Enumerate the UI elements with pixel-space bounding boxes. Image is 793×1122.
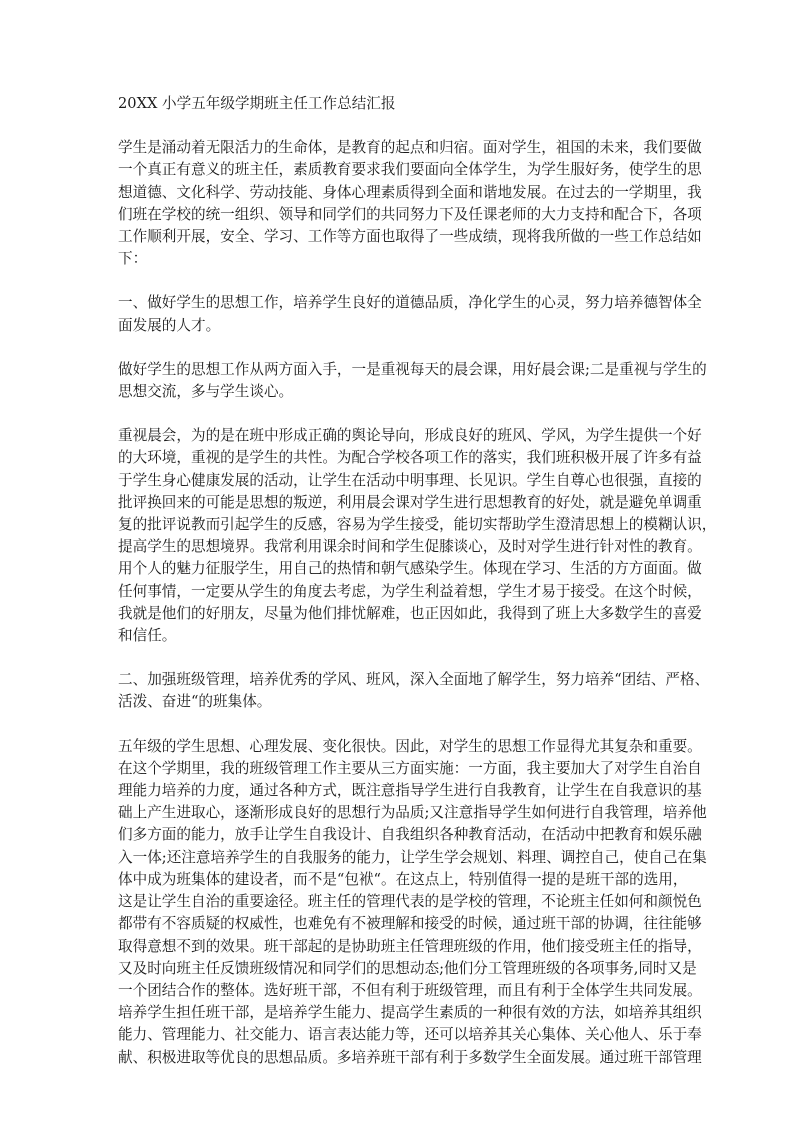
text-line: 二、加强班级管理，培养优秀的学风、班风，深入全面地了解学生，努力培养“团结、严格… <box>118 669 680 691</box>
text-line: 活泼、奋进“的班集体。 <box>118 691 680 713</box>
text-line: 理能力培养的力度，通过各种方式，既注意指导学生进行自我教育，让学生在自我意识的基 <box>118 780 680 802</box>
text-line: 和信任。 <box>118 625 680 647</box>
text-line: 的大环境，重视的是学生的共性。为配合学校各项工作的落实，我们班积极开展了许多有益 <box>118 447 680 469</box>
paragraph: 五年级的学生思想、心理发展、变化很快。因此，对学生的思想工作显得尤其复杂和重要。… <box>118 736 680 1069</box>
text-line: 我就是他们的好朋友，尽量为他们排忧解难，也正因如此，我得到了班上大多数学生的喜爱 <box>118 603 680 625</box>
paragraph: 重视晨会，为的是在班中形成正确的舆论导向，形成良好的班风、学风，为学生提供一个好… <box>118 425 680 647</box>
text-line: 思想交流，多与学生谈心。 <box>118 381 680 403</box>
text-line: 又及时向班主任反馈班级情况和同学们的思想动态;他们分工管理班级的各项事务,同时又… <box>118 958 680 980</box>
text-line: 下： <box>118 248 680 270</box>
text-line: 面发展的人才。 <box>118 315 680 337</box>
text-line: 入一体;还注意培养学生的自我服务的能力，让学生学会规划、料理、调控自己，使自己在… <box>118 847 680 869</box>
text-line: 五年级的学生思想、心理发展、变化很快。因此，对学生的思想工作显得尤其复杂和重要。 <box>118 736 680 758</box>
text-line: 用个人的魅力征服学生，用自己的热情和朝气感染学生。体现在学习、生活的方方面面。做 <box>118 558 680 580</box>
text-line: 这是让学生自治的重要途径。班主任的管理代表的是学校的管理，不论班主任如何和颜悦色 <box>118 891 680 913</box>
text-line: 一个真正有意义的班主任，素质教育要求我们要面向全体学生，为学生服好务，使学生的思 <box>118 159 680 181</box>
text-line: 提高学生的思想境界。我常利用课余时间和学生促膝谈心，及时对学生进行针对性的教育。 <box>118 536 680 558</box>
paragraph: 二、加强班级管理，培养优秀的学风、班风，深入全面地了解学生，努力培养“团结、严格… <box>118 669 680 713</box>
text-line: 重视晨会，为的是在班中形成正确的舆论导向，形成良好的班风、学风，为学生提供一个好 <box>118 425 680 447</box>
text-line: 们班在学校的统一组织、领导和同学们的共同努力下及任课老师的大力支持和配合下，各项 <box>118 204 680 226</box>
paragraph: 学生是涌动着无限活力的生命体，是教育的起点和归宿。面对学生，祖国的未来，我们要做… <box>118 137 680 270</box>
text-line: 都带有不容质疑的权威性，也难免有不被理解和接受的时候，通过班干部的协调，往往能够 <box>118 913 680 935</box>
document-body: 学生是涌动着无限活力的生命体，是教育的起点和归宿。面对学生，祖国的未来，我们要做… <box>118 137 680 1069</box>
text-line: 献、积极进取等优良的思想品质。多培养班干部有利于多数学生全面发展。通过班干部管理 <box>118 1047 680 1069</box>
paragraph: 一、做好学生的思想工作，培养学生良好的道德品质，净化学生的心灵，努力培养德智体全… <box>118 292 680 336</box>
text-line: 工作顺利开展，安全、学习、工作等方面也取得了一些成绩，现将我所做的一些工作总结如 <box>118 226 680 248</box>
document-page: 20XX 小学五年级学期班主任工作总结汇报 学生是涌动着无限活力的生命体，是教育… <box>118 93 680 1091</box>
document-title: 20XX 小学五年级学期班主任工作总结汇报 <box>118 93 680 115</box>
text-line: 想道德、文化科学、劳动技能、身体心理素质得到全面和谐地发展。在过去的一学期里，我 <box>118 182 680 204</box>
paragraph: 做好学生的思想工作从两方面入手，一是重视每天的晨会课，用好晨会课;二是重视与学生… <box>118 359 680 403</box>
text-line: 复的批评说教而引起学生的反感，容易为学生接受，能切实帮助学生澄清思想上的模糊认识… <box>118 514 680 536</box>
text-line: 一个团结合作的整体。选好班干部，不但有利于班级管理，而且有利于全体学生共同发展。 <box>118 980 680 1002</box>
text-line: 培养学生担任班干部，是培养学生能力、提高学生素质的一种很有效的方法，如培养其组织 <box>118 1002 680 1024</box>
text-line: 批评换回来的可能是思想的叛逆，利用晨会课对学生进行思想教育的好处，就是避免单调重 <box>118 492 680 514</box>
text-line: 做好学生的思想工作从两方面入手，一是重视每天的晨会课，用好晨会课;二是重视与学生… <box>118 359 680 381</box>
text-line: 础上产生进取心，逐渐形成良好的思想行为品质;又注意指导学生如何进行自我管理，培养… <box>118 802 680 824</box>
text-line: 们多方面的能力，放手让学生自我设计、自我组织各种教育活动，在活动中把教育和娱乐融 <box>118 824 680 846</box>
text-line: 取得意想不到的效果。班干部起的是协助班主任管理班级的作用，他们接受班主任的指导， <box>118 936 680 958</box>
text-line: 学生是涌动着无限活力的生命体，是教育的起点和归宿。面对学生，祖国的未来，我们要做 <box>118 137 680 159</box>
text-line: 在这个学期里，我的班级管理工作主要从三方面实施：一方面，我主要加大了对学生自治自 <box>118 758 680 780</box>
text-line: 任何事情，一定要从学生的角度去考虑，为学生利益着想，学生才易于接受。在这个时候， <box>118 581 680 603</box>
text-line: 于学生身心健康发展的活动，让学生在活动中明事理、长见识。学生自尊心也很强，直接的 <box>118 470 680 492</box>
text-line: 体中成为班集体的建设者，而不是“包袱“。在这点上，特别值得一提的是班干部的选用， <box>118 869 680 891</box>
text-line: 能力、管理能力、社交能力、语言表达能力等，还可以培养其关心集体、关心他人、乐于奉 <box>118 1024 680 1046</box>
text-line: 一、做好学生的思想工作，培养学生良好的道德品质，净化学生的心灵，努力培养德智体全 <box>118 292 680 314</box>
